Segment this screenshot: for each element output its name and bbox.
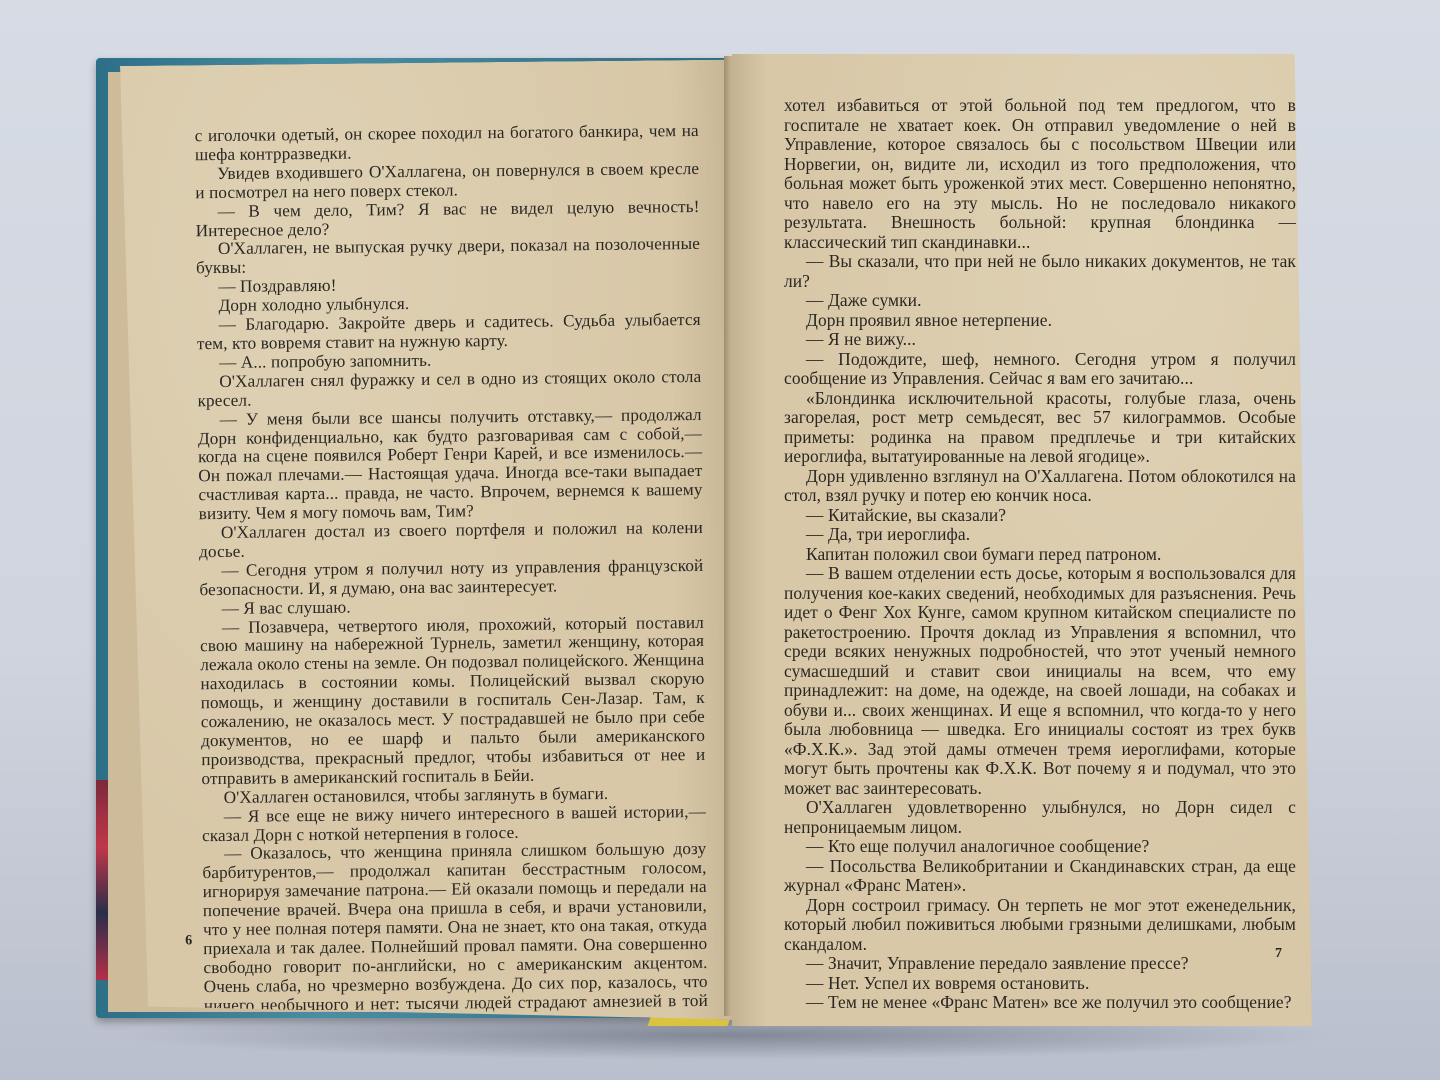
paragraph: — Вы сказали, что при ней не было никаки… <box>784 252 1296 291</box>
paragraph: — Подождите, шеф, немного. Сегодня утром… <box>784 350 1296 389</box>
paragraph: — Даже сумки. <box>784 291 1296 311</box>
paragraph: О'Халлаген удовлетворенно улыбнулся, но … <box>784 798 1296 837</box>
paragraph: Капитан положил свои бумаги перед патрон… <box>784 545 1296 565</box>
paragraph: Дорн проявил явное нетерпение. <box>784 311 1296 331</box>
paragraph: — Сегодня утром я получил ноту из управл… <box>199 557 703 600</box>
paragraph: — Кто еще получил аналогичное сообщение? <box>784 837 1296 857</box>
page-number: 6 <box>185 933 192 949</box>
paragraph: — Благодарю. Закройте дверь и садитесь. … <box>197 311 701 354</box>
paragraph: — Нет. Успел их вовремя остановить. <box>784 974 1296 994</box>
page-number: 7 <box>1275 946 1282 962</box>
right-page-text: хотел избавиться от этой больной под тем… <box>784 96 1296 1013</box>
paragraph: — Да, три иероглифа. <box>784 525 1296 545</box>
paragraph: «Блондинка исключительной красоты, голуб… <box>784 389 1296 467</box>
paragraph: — Я не вижу... <box>784 330 1296 350</box>
paragraph: — Посольства Великобритании и Скандинавс… <box>784 857 1296 896</box>
paragraph: Увидев входившего О'Халлагена, он поверн… <box>195 160 699 203</box>
paragraph: — Тем не менее «Франс Матен» все же полу… <box>784 993 1296 1013</box>
paragraph: — В вашем отделении есть досье, которым … <box>784 564 1296 798</box>
paragraph: Дорн удивленно взглянул на О'Халлагена. … <box>784 467 1296 506</box>
paragraph: — У меня были все шансы получить отставк… <box>198 406 703 525</box>
paragraph: — Китайские, вы сказали? <box>784 506 1296 526</box>
paragraph: — Позавчера, четвертого июля, прохожий, … <box>200 613 706 788</box>
paragraph: хотел избавиться от этой больной под тем… <box>784 96 1296 252</box>
paragraph: О'Халлаген, не выпуская ручку двери, пок… <box>196 235 700 278</box>
paragraph: — Значит, Управление передало заявление … <box>784 954 1296 974</box>
left-page: с иголочки одетый, он скорее походил на … <box>120 60 738 1026</box>
paragraph: Дорн состроил гримасу. Он терпеть не мог… <box>784 896 1296 955</box>
paragraph: О'Халлаген достал из своего портфеля и п… <box>199 519 703 562</box>
paragraph: О'Халлаген снял фуражку и сел в одно из … <box>197 368 701 411</box>
left-page-text: с иголочки одетый, он скорее походил на … <box>195 122 708 1035</box>
right-page: хотел избавиться от этой больной под тем… <box>732 54 1312 1026</box>
paragraph: с иголочки одетый, он скорее походил на … <box>195 122 699 165</box>
paragraph: — Оказалось, что женщина приняла слишком… <box>202 840 708 1034</box>
